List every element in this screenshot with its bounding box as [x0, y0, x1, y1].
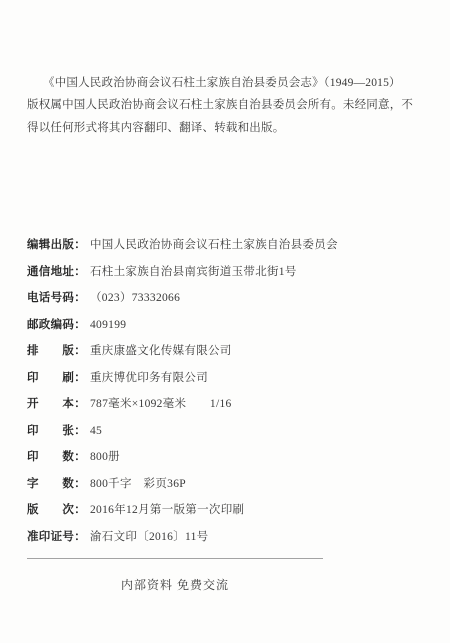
info-row: 印 数： 800册 — [27, 450, 427, 477]
info-row: 开 本： 787毫米×1092毫米 1/16 — [27, 397, 427, 424]
info-row: 印 刷： 重庆博优印务有限公司 — [27, 371, 427, 398]
info-value: 787毫米×1092毫米 1/16 — [90, 397, 232, 411]
info-row: 邮政编码： 409199 — [27, 318, 427, 345]
info-label: 印 刷： — [27, 371, 86, 385]
info-label: 字 数： — [27, 477, 86, 491]
info-value: 800千字 彩页36P — [90, 477, 186, 491]
info-row: 排 版： 重庆康盛文化传媒有限公司 — [27, 344, 427, 371]
info-value: 石柱土家族自治县南宾街道玉带北街1号 — [90, 265, 297, 279]
info-value: 2016年12月第一版第一次印刷 — [90, 503, 244, 517]
info-value: 409199 — [90, 318, 126, 332]
publication-info-list: 编辑出版： 中国人民政治协商会议石柱土家族自治县委员会 通信地址： 石柱土家族自… — [27, 238, 427, 556]
info-row: 印 张： 45 — [27, 424, 427, 451]
divider-line — [27, 558, 323, 559]
copyright-notice-line: 版权属中国人民政治协商会议石柱土家族自治县委员会所有。未经同意，不 — [27, 94, 399, 116]
info-label: 版 次： — [27, 503, 86, 517]
info-row: 编辑出版： 中国人民政治协商会议石柱土家族自治县委员会 — [27, 238, 427, 265]
info-label: 编辑出版： — [27, 238, 86, 252]
info-row: 准印证号： 渝石文印〔2016〕11号 — [27, 530, 427, 557]
info-label: 印 张： — [27, 424, 86, 438]
info-row: 字 数： 800千字 彩页36P — [27, 477, 427, 504]
info-value: 800册 — [90, 450, 120, 464]
info-row: 电话号码： （023）73332066 — [27, 291, 427, 318]
info-value: 重庆博优印务有限公司 — [90, 371, 208, 385]
info-value: （023）73332066 — [90, 291, 180, 305]
copyright-notice-line: 得以任何形式将其内容翻印、翻译、转载和出版。 — [27, 117, 399, 139]
info-value: 重庆康盛文化传媒有限公司 — [90, 344, 232, 358]
info-value: 45 — [90, 424, 102, 438]
info-value: 中国人民政治协商会议石柱土家族自治县委员会 — [90, 238, 338, 252]
book-copyright-page: 《中国人民政治协商会议石柱土家族自治县委员会志》（1949—2015） 版权属中… — [0, 0, 450, 643]
info-label: 邮政编码： — [27, 318, 86, 332]
info-row: 通信地址： 石柱土家族自治县南宾街道玉带北街1号 — [27, 265, 427, 292]
copyright-notice-line: 《中国人民政治协商会议石柱土家族自治县委员会志》（1949—2015） — [27, 72, 399, 94]
info-value: 渝石文印〔2016〕11号 — [90, 530, 208, 544]
info-row: 版 次： 2016年12月第一版第一次印刷 — [27, 503, 427, 530]
info-label: 排 版： — [27, 344, 86, 358]
info-label: 印 数： — [27, 450, 86, 464]
info-label: 电话号码： — [27, 291, 86, 305]
distribution-note: 内部资料 免费交流 — [27, 576, 323, 593]
info-label: 通信地址： — [27, 265, 86, 279]
info-label: 开 本： — [27, 397, 86, 411]
copyright-notice: 《中国人民政治协商会议石柱土家族自治县委员会志》（1949—2015） 版权属中… — [27, 72, 399, 139]
info-label: 准印证号： — [27, 530, 86, 544]
